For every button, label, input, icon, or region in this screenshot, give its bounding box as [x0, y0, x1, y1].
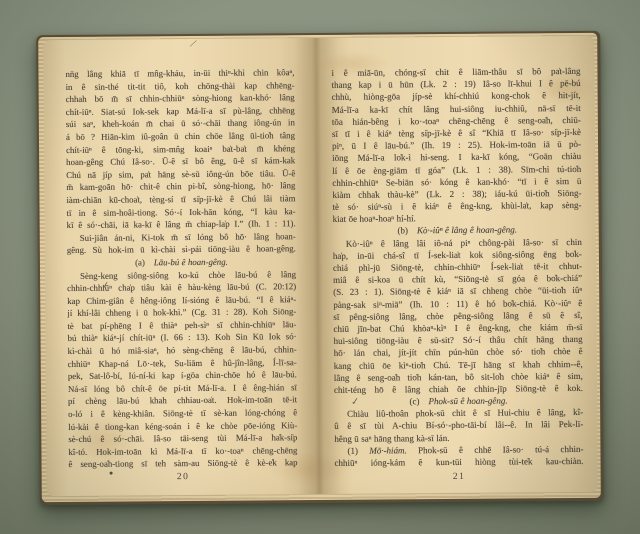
page-number-right: 21 [335, 471, 584, 483]
text-line: chit-téng hō ê lâng chiah ōe chhin-jīp S… [334, 382, 583, 396]
book-photo: nn̄g lâng khiā tī mn̂g-kháu, in-ūi thiⁿ-… [0, 0, 640, 534]
open-book: nn̄g lâng khiā tī mn̂g-kháu, in-ūi thiⁿ-… [36, 31, 604, 505]
text-line: ê seng-oa̍h-tiong sī teh sàm-au Siōng-tè… [68, 457, 297, 471]
text-line: á bō ? Hiān-kim iû-goân ū chin chōe lâng… [66, 129, 295, 143]
text-line: iàm-chiān kū-choa̍t, tèng-sí tī si̍p-jī-… [66, 192, 295, 206]
text-line: gêng. Sù hok-im ū kì-chài sì-pái tiōng-i… [67, 243, 296, 257]
left-page-text: nn̄g lâng khiā tī mn̂g-kháu, in-ūi thiⁿ-… [65, 66, 297, 471]
page-number-left: 20 [69, 471, 298, 483]
text-line: nn̄g lâng khiā tī mn̂g-kháu, in-ūi thiⁿ-… [65, 66, 294, 80]
text-line: tè só· siúⁿ-sù i ê kiáⁿ ê êng-kng, khùi-… [332, 199, 581, 213]
right-page-text: i ê miā-ūn, chóng-sī chit ê liām-thâu sī… [331, 65, 583, 469]
text-line: û ê sī tùi A-chiu Bí-só·-pho-tāi-bí lâi-… [334, 418, 583, 432]
text-line: chhiūⁿ ióng-kám ê kun-tūi hiòng tùi-te̍k… [334, 455, 583, 469]
